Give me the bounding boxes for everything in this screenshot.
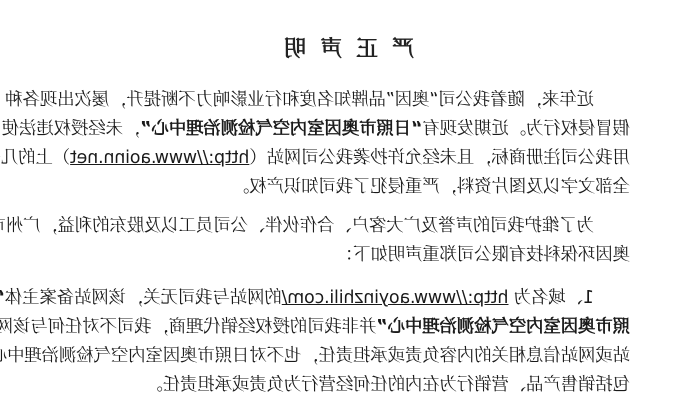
text-line: 用我公司注册商标，且未经允许抄袭我公司网站（http://www.aoinn.n… bbox=[40, 144, 630, 173]
text-segment: 为了维护我司的声誉及广大客户、合作伙伴、公司员工以及股东的利益，广州市 bbox=[0, 216, 594, 236]
text-line: 照市奥因室内空气检测治理中心”并非我司的授权经销代理商，我司不对任何与该网 bbox=[40, 313, 630, 342]
text-segment: 全部文字以及图片资料，严重侵犯了我司知识产权。 bbox=[232, 177, 630, 197]
paragraph-purpose: 为了维护我司的声誉及广大客户、合作伙伴、公司员工以及股东的利益，广州市 奥因环保… bbox=[40, 212, 630, 270]
text-segment: 用我公司注册商标，且未经允许抄袭我公司网站（ bbox=[249, 148, 630, 168]
text-line: 站或网站信息相关的内容负责或承担责任，也不对日照市奥因室内空气检测治理中心 bbox=[40, 342, 630, 371]
infringer-name: 照市奥因室内空气检测治理中心” bbox=[376, 317, 630, 337]
infringer-website-link[interactable]: http://www.aoyinzhili.com/ bbox=[282, 288, 509, 308]
text-segment: 站或网站信息相关的内容负责或承担责任，也不对日照市奥因室内空气检测治理中心 bbox=[0, 346, 630, 366]
text-segment: 的网站与我司无关，该网站备案主体 bbox=[5, 288, 282, 308]
text-segment: ，未经授权违法使 bbox=[2, 119, 140, 139]
text-line: 近年来，随着我公司“奥因”品牌知名度和行业影响力不断提升，屡次出现各种 bbox=[40, 86, 630, 115]
infringer-name: “日 bbox=[0, 288, 5, 308]
text-line: 全部文字以及图片资料，严重侵犯了我司知识产权。 bbox=[40, 173, 630, 202]
text-segment: ）上的几乎 bbox=[0, 148, 70, 168]
company-website-link[interactable]: http://www.aoinn.net bbox=[70, 148, 249, 168]
page-title: 严正声明 bbox=[0, 32, 684, 63]
paragraph-gap bbox=[40, 270, 630, 284]
text-line: 为了维护我司的声誉及广大客户、合作伙伴、公司员工以及股东的利益，广州市 bbox=[40, 212, 630, 241]
infringer-name: “日照市奥因室内空气检测治理中心” bbox=[140, 119, 422, 139]
text-segment: 包括销售产品、营销行为在内的任何经营行为负责或承担责任。 bbox=[146, 375, 630, 395]
paragraph-intro: 近年来，随着我公司“奥因”品牌知名度和行业影响力不断提升，屡次出现各种 假冒侵权… bbox=[40, 86, 630, 202]
text-segment: 奥因环保科技有限公司郑重声明如下： bbox=[336, 245, 630, 265]
text-line: 假冒侵权行为。近期发现有“日照市奥因室内空气检测治理中心”，未经授权违法使 bbox=[40, 115, 630, 144]
statement-body: 近年来，随着我公司“奥因”品牌知名度和行业影响力不断提升，屡次出现各种 假冒侵权… bbox=[40, 86, 630, 400]
statement-page: 严正声明 近年来，随着我公司“奥因”品牌知名度和行业影响力不断提升，屡次出现各种… bbox=[0, 0, 684, 409]
text-segment: 假冒侵权行为。近期发现有 bbox=[422, 119, 630, 139]
text-segment: 1、域名为 bbox=[509, 288, 595, 308]
text-line: 1、域名为 http://www.aoyinzhili.com/的网站与我司无关… bbox=[40, 284, 630, 313]
text-segment: 并非我司的授权经销代理商，我司不对任何与该网 bbox=[0, 317, 376, 337]
text-line: 奥因环保科技有限公司郑重声明如下： bbox=[40, 241, 630, 270]
paragraph-gap bbox=[40, 202, 630, 212]
paragraph-clause-1: 1、域名为 http://www.aoyinzhili.com/的网站与我司无关… bbox=[40, 284, 630, 400]
text-line: 包括销售产品、营销行为在内的任何经营行为负责或承担责任。 bbox=[40, 371, 630, 400]
text-segment: 近年来，随着我公司“奥因”品牌知名度和行业影响力不断提升，屡次出现各种 bbox=[5, 90, 594, 110]
